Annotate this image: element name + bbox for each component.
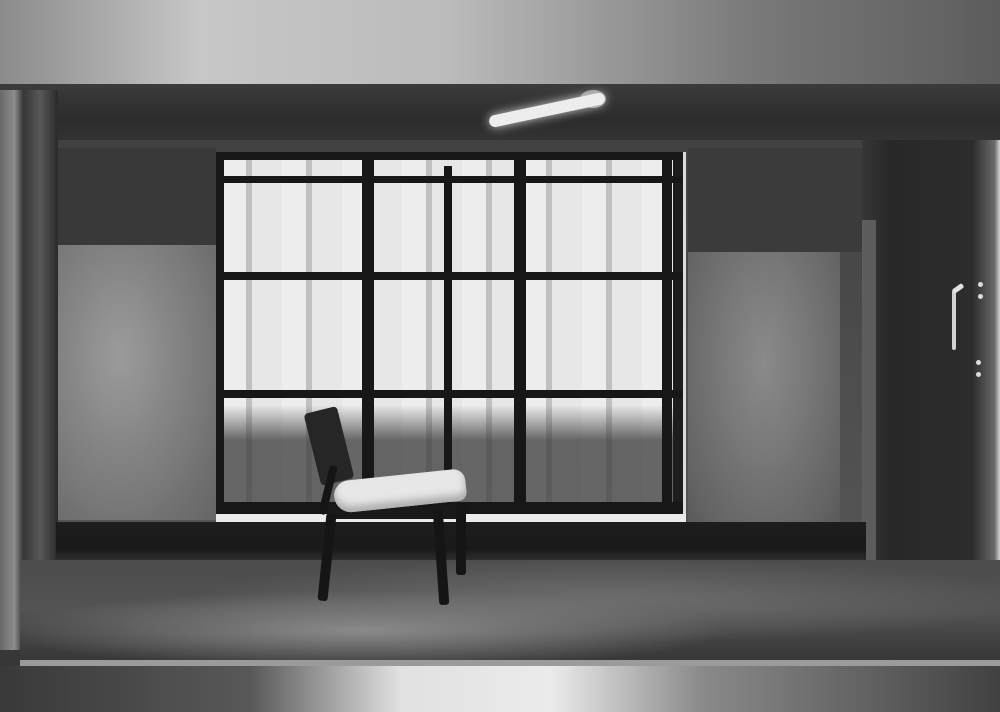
door-screw [976, 360, 981, 365]
window-mullion [216, 152, 224, 519]
chair-leg [317, 513, 336, 602]
foreground-floor [0, 666, 1000, 712]
window-mullion [662, 152, 672, 519]
chair-leg [456, 505, 466, 575]
upper-wall-left [56, 148, 216, 246]
door-screw [978, 294, 983, 299]
left-wall-panel [56, 245, 216, 520]
window-transom [216, 152, 683, 160]
window-transom [216, 390, 683, 398]
window-mullion [514, 152, 526, 519]
door-screw [976, 372, 981, 377]
chair-leg [433, 509, 450, 605]
ceiling [0, 0, 1000, 92]
upper-wall-right [688, 148, 868, 252]
door-handle [952, 290, 956, 350]
door-screw [978, 282, 983, 287]
window-transom [216, 176, 683, 183]
window-transom [216, 272, 683, 280]
chair [308, 405, 473, 615]
right-wall-panel [688, 252, 840, 524]
floor [20, 560, 1000, 660]
photograph [0, 0, 1000, 712]
